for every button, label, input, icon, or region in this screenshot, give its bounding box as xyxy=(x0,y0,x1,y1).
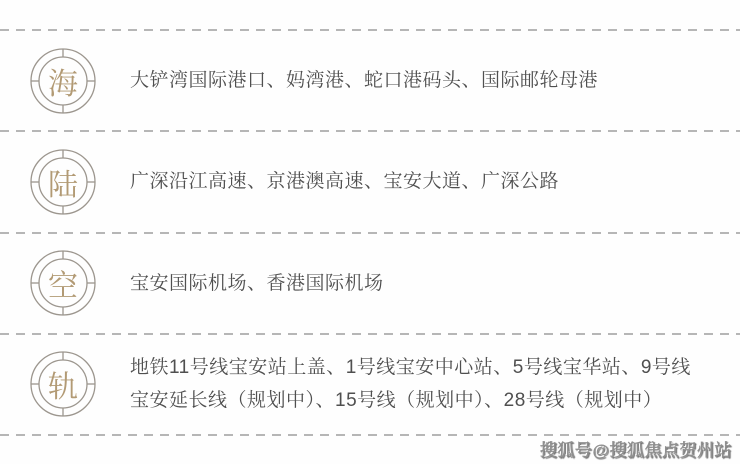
land-access-text: 广深沿江高速、京港澳高速、宝安大道、广深公路 xyxy=(130,165,559,198)
row-land: 陆 广深沿江高速、京港澳高速、宝安大道、广深公路 xyxy=(0,132,740,231)
sea-access-text: 大铲湾国际港口、妈湾港、蛇口港码头、国际邮轮母港 xyxy=(130,64,598,97)
land-badge-character: 陆 xyxy=(30,149,96,215)
row-air: 空 宝安国际机场、香港国际机场 xyxy=(0,234,740,333)
rail-badge-character: 轨 xyxy=(30,351,96,417)
sea-badge-icon: 海 xyxy=(30,48,96,114)
row-sea: 海 大铲湾国际港口、妈湾港、蛇口港码头、国际邮轮母港 xyxy=(0,31,740,130)
rail-access-text: 地铁11号线宝安站上盖、1号线宝安中心站、5号线宝华站、9号线宝安延长线（规划中… xyxy=(130,351,708,417)
top-margin xyxy=(0,0,740,29)
air-badge-character: 空 xyxy=(30,250,96,316)
transport-infographic: 海 大铲湾国际港口、妈湾港、蛇口港码头、国际邮轮母港 陆 广深沿江高速、京港澳高… xyxy=(0,0,740,464)
land-badge-icon: 陆 xyxy=(30,149,96,215)
rail-badge-icon: 轨 xyxy=(30,351,96,417)
air-badge-icon: 空 xyxy=(30,250,96,316)
air-access-text: 宝安国际机场、香港国际机场 xyxy=(130,267,384,300)
sohu-watermark: 搜狐号@搜狐焦点贺州站 xyxy=(540,436,732,461)
sea-badge-character: 海 xyxy=(30,48,96,114)
footer: 搜狐号@搜狐焦点贺州站 xyxy=(0,436,740,464)
row-rail: 轨 地铁11号线宝安站上盖、1号线宝安中心站、5号线宝华站、9号线宝安延长线（规… xyxy=(0,335,740,434)
